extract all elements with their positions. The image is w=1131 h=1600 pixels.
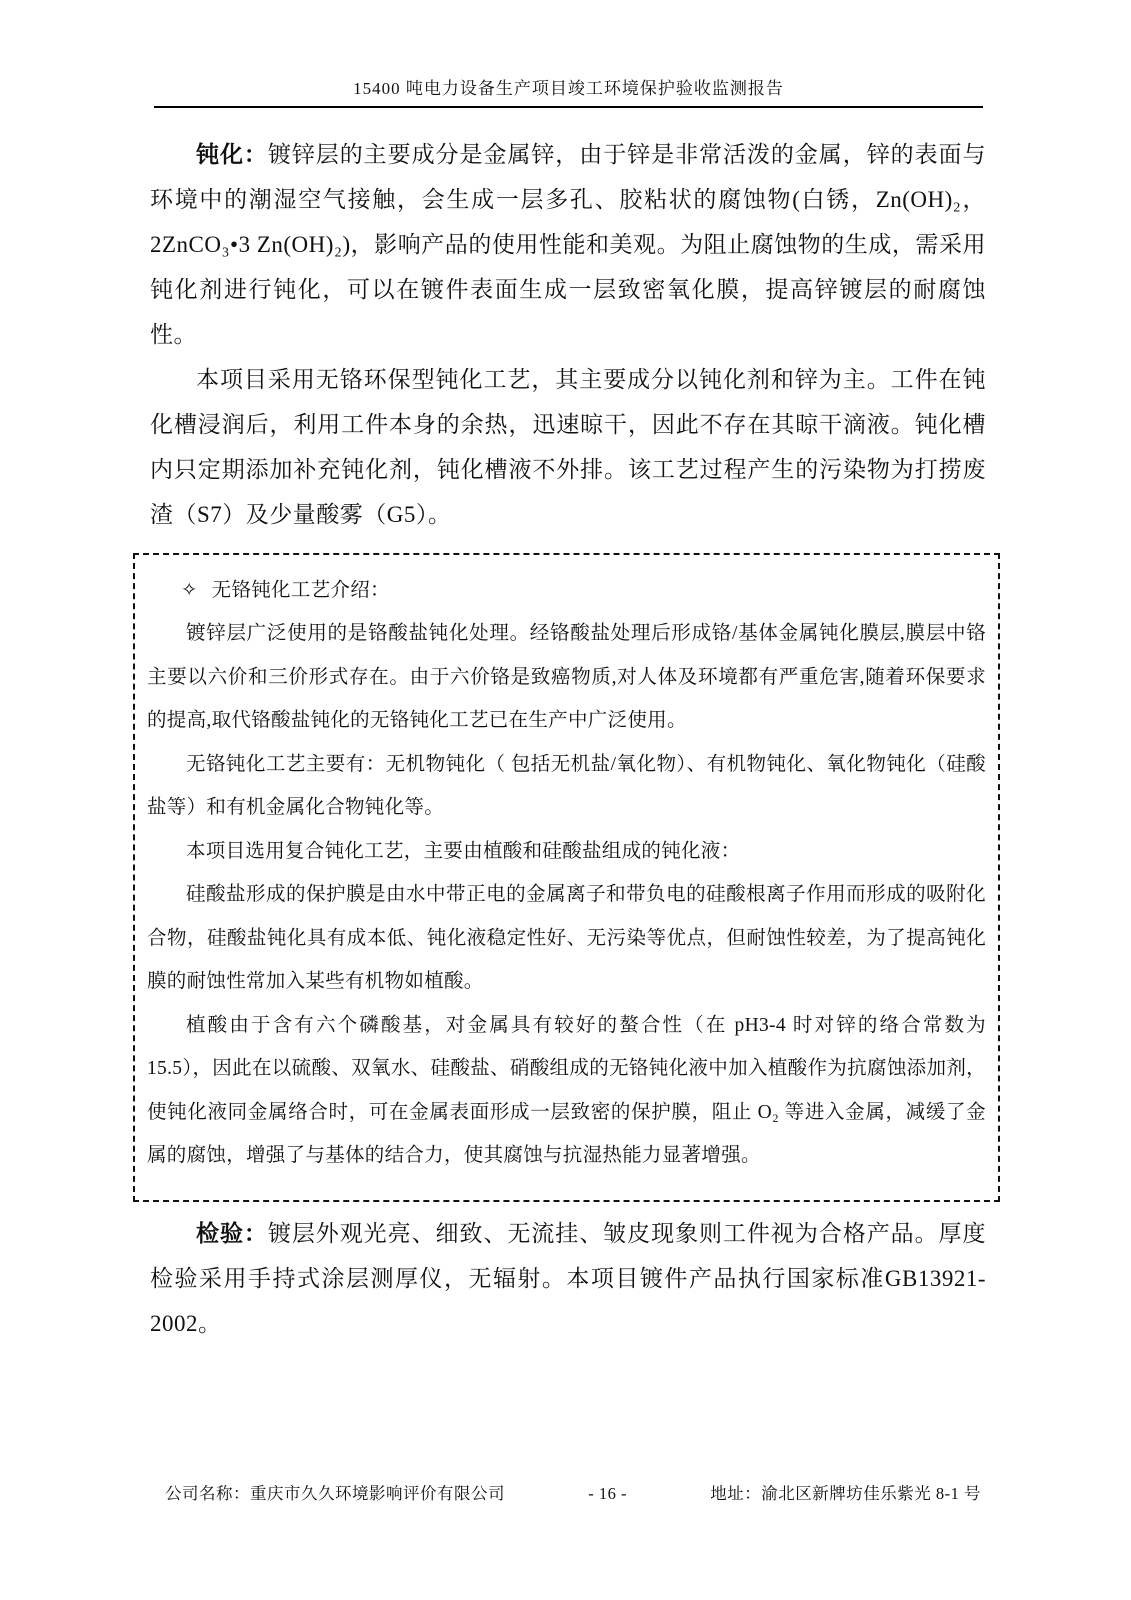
footer-page-number: - 16 - [588, 1484, 627, 1504]
paragraph-inspection-text: 镀层外观光亮、细致、无流挂、皱皮现象则工件视为合格产品。厚度检验采用手持式涂层测… [150, 1221, 986, 1336]
paragraph-inspection-lead: 检验： [196, 1221, 268, 1246]
footer-address: 地址：渝北区新牌坊佳乐紫光 8-1 号 [710, 1480, 981, 1504]
chromium-free-info-box: ✧无铬钝化工艺介绍： 镀锌层广泛使用的是铬酸盐钝化处理。经铬酸盐处理后形成铬/基… [133, 553, 1000, 1202]
info-box-paragraph: 镀锌层广泛使用的是铬酸盐钝化处理。经铬酸盐处理后形成铬/基体金属钝化膜层,膜层中… [147, 612, 986, 743]
diamond-bullet-icon: ✧ [181, 569, 198, 612]
info-box-paragraph: 无铬钝化工艺主要有：无机物钝化（ 包括无机盐/氧化物）、有机物钝化、氧化物钝化（… [147, 743, 986, 830]
paragraph-passivation: 钝化：镀锌层的主要成分是金属锌，由于锌是非常活泼的金属，锌的表面与环境中的潮湿空… [150, 132, 986, 357]
footer-company-name: 公司名称：重庆市久久环境影响评价有限公司 [165, 1480, 505, 1504]
info-box-heading-text: 无铬钝化工艺介绍： [212, 580, 390, 601]
info-box-paragraph: 植酸由于含有六个磷酸基，对金属具有较好的螯合性（在 pH3-4 时对锌的络合常数… [147, 1004, 986, 1178]
page-footer: 公司名称：重庆市久久环境影响评价有限公司 - 16 - 地址：渝北区新牌坊佳乐紫… [165, 1480, 981, 1504]
info-box-heading: ✧无铬钝化工艺介绍： [147, 569, 986, 612]
paragraph-inspection: 检验：镀层外观光亮、细致、无流挂、皱皮现象则工件视为合格产品。厚度检验采用手持式… [150, 1211, 986, 1346]
page-header-title: 15400 吨电力设备生产项目竣工环境保护验收监测报告 [154, 74, 983, 108]
document-page: 15400 吨电力设备生产项目竣工环境保护验收监测报告 钝化：镀锌层的主要成分是… [0, 0, 1131, 1600]
document-body: 钝化：镀锌层的主要成分是金属锌，由于锌是非常活泼的金属，锌的表面与环境中的潮湿空… [150, 132, 986, 1346]
paragraph-project-process: 本项目采用无铬环保型钝化工艺，其主要成分以钝化剂和锌为主。工件在钝化槽浸润后，利… [150, 357, 986, 537]
info-box-paragraph: 硅酸盐形成的保护膜是由水中带正电的金属离子和带负电的硅酸根离子作用而形成的吸附化… [147, 873, 986, 1004]
paragraph-passivation-lead: 钝化： [196, 142, 268, 167]
info-box-paragraph: 本项目选用复合钝化工艺，主要由植酸和硅酸盐组成的钝化液： [147, 830, 986, 874]
paragraph-passivation-text: 镀锌层的主要成分是金属锌，由于锌是非常活泼的金属，锌的表面与环境中的潮湿空气接触… [150, 142, 986, 347]
